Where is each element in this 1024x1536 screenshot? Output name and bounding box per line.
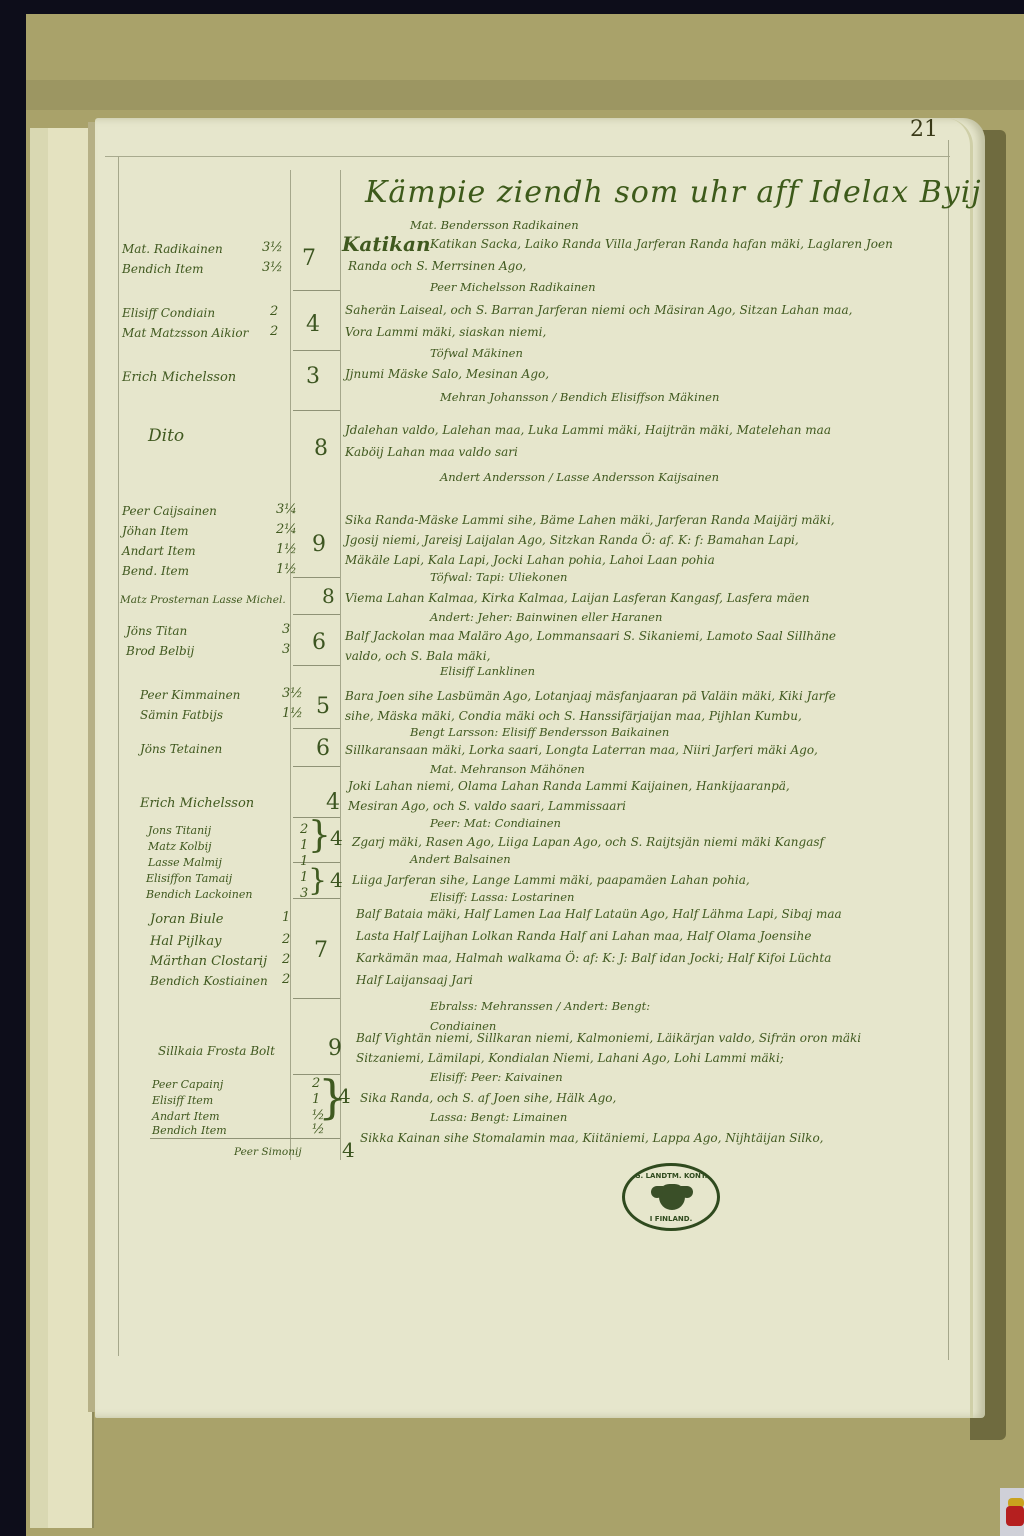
owner-share: 3½ bbox=[262, 240, 283, 255]
owner-name: Hal Pijlkay bbox=[150, 934, 221, 949]
owner-share: 3½ bbox=[282, 686, 303, 701]
owner-share: 3¼ bbox=[276, 502, 297, 517]
description-line: Randa och S. Merrsinen Ago, bbox=[348, 258, 526, 274]
description-line: Sika Randa-Mäske Lammi sihe, Bäme Lahen … bbox=[345, 512, 835, 528]
witness-line: Töfwal Mäkinen bbox=[430, 346, 523, 360]
column-line-share bbox=[290, 170, 291, 1160]
description-line: Jgosij niemi, Jareisj Laijalan Ago, Sitz… bbox=[345, 532, 799, 548]
owner-name: Brod Belbij bbox=[126, 644, 194, 658]
description-line: Katikan Sacka, Laiko Randa Villa Jarfera… bbox=[430, 236, 893, 252]
owner-name: Elisiffon Tamaij bbox=[146, 872, 232, 885]
entry-total: 4 bbox=[306, 312, 320, 337]
witness-line: Elisiff: Lassa: Lostarinen bbox=[430, 890, 574, 904]
owner-name: Jons Titanij bbox=[148, 824, 211, 837]
double-eagle-icon bbox=[659, 1184, 685, 1210]
description-line: Joki Lahan niemi, Olama Lahan Randa Lamm… bbox=[348, 778, 790, 794]
top-rule bbox=[105, 156, 950, 157]
owner-name: Elisiff Condiain bbox=[122, 306, 215, 320]
description-line: Balf Vightän niemi, Sillkaran niemi, Kal… bbox=[356, 1030, 861, 1046]
owner-name: Mat Matzsson Aikior bbox=[122, 326, 248, 340]
owner-share: 1½ bbox=[282, 706, 303, 721]
owner-share: 3 bbox=[282, 622, 290, 637]
red-chip bbox=[1006, 1506, 1024, 1526]
owner-name: Peer Kimmainen bbox=[140, 688, 240, 702]
row-divider bbox=[293, 766, 340, 767]
witness-line: Peer: Mat: Condiainen bbox=[430, 816, 561, 830]
description-line: Saherän Laiseal, och S. Barran Jarferan … bbox=[345, 302, 852, 318]
owner-share: 2 bbox=[282, 972, 290, 987]
owner-name: Bendich Lackoinen bbox=[146, 888, 253, 901]
owner-name: Matz Prosternan Lasse Michel. bbox=[120, 594, 286, 606]
owner-name: Peer Capainj bbox=[152, 1078, 223, 1091]
witness-line: Mehran Johansson / Bendich Elisiffson Mä… bbox=[440, 390, 719, 404]
share-bracket: } bbox=[308, 866, 327, 896]
owner-share: 1 bbox=[282, 910, 290, 925]
owner-name: Jöns Titan bbox=[126, 624, 187, 638]
entry-total: 7 bbox=[302, 246, 316, 271]
stamp-top-text: G. LANDTM. KONT. bbox=[625, 1172, 717, 1180]
entry-total: 4 bbox=[342, 1138, 355, 1162]
row-divider bbox=[293, 290, 340, 291]
witness-line: Bengt Larsson: Elisiff Bendersson Baikai… bbox=[410, 725, 669, 739]
description-line: sihe, Mäska mäki, Condia mäki och S. Han… bbox=[345, 708, 802, 724]
row-divider bbox=[293, 665, 340, 666]
witness-line: Mat. Bendersson Radikainen bbox=[410, 218, 579, 232]
page-heading: Kämpie ziendh som uhr aff Idelax Byij bbox=[365, 175, 982, 210]
owner-name: Sillkaia Frosta Bolt bbox=[158, 1044, 275, 1058]
description-line: Balf Bataia mäki, Half Lamen Laa Half La… bbox=[356, 906, 842, 922]
entry-total: 4 bbox=[330, 868, 343, 892]
row-divider bbox=[293, 410, 340, 411]
row-divider bbox=[293, 998, 340, 999]
description-line: Kaböij Lahan maa valdo sari bbox=[345, 444, 518, 460]
owner-share: 2 bbox=[270, 324, 278, 339]
row-divider bbox=[293, 577, 340, 578]
owner-share: 3½ bbox=[262, 260, 283, 275]
owner-name: Andart Item bbox=[122, 544, 196, 558]
owner-share: ½ bbox=[312, 1122, 325, 1137]
facing-page-inner bbox=[48, 128, 92, 1528]
description-line: Vora Lammi mäki, siaskan niemi, bbox=[345, 324, 546, 340]
owner-name: Matz Kolbij bbox=[148, 840, 212, 853]
entry-total: 5 bbox=[316, 694, 330, 719]
owner-name: Andart Item bbox=[152, 1110, 220, 1123]
owner-share: 2 bbox=[282, 952, 290, 967]
owner-share: 1½ bbox=[276, 542, 297, 557]
entry-total: 6 bbox=[312, 630, 326, 655]
owner-name: Jöns Tetainen bbox=[140, 742, 222, 756]
row-divider bbox=[293, 728, 340, 729]
owner-name: Bendich Kostiainen bbox=[150, 974, 268, 988]
owner-name: Joran Biule bbox=[150, 912, 223, 927]
owner-name: Bend. Item bbox=[122, 564, 189, 578]
description-line: Sika Randa, och S. af Joen sihe, Hälk Ag… bbox=[360, 1090, 616, 1106]
owner-name: Erich Michelsson bbox=[122, 370, 236, 385]
description-line: Lasta Half Laijhan Lolkan Randa Half ani… bbox=[356, 928, 811, 944]
owner-share: 3 bbox=[282, 642, 290, 657]
description-line: Jjnumi Mäske Salo, Mesinan Ago, bbox=[345, 366, 549, 382]
witness-line: Töfwal: Tapi: Uliekonen bbox=[430, 570, 567, 584]
description-line: Jdalehan valdo, Lalehan maa, Luka Lammi … bbox=[345, 422, 831, 438]
description-line: Balf Jackolan maa Maläro Ago, Lommansaar… bbox=[345, 628, 836, 644]
owner-name: Peer Caijsainen bbox=[122, 504, 217, 518]
village-initial: Katikan bbox=[342, 232, 431, 256]
witness-line: Elisiff: Peer: Kaivainen bbox=[430, 1070, 563, 1084]
margin-line-left bbox=[118, 156, 119, 1356]
owner-name: Sämin Fatbijs bbox=[140, 708, 223, 722]
description-line: Mäkäle Lapi, Kala Lapi, Jocki Lahan pohi… bbox=[345, 552, 715, 568]
witness-line: Mat. Mehranson Mähönen bbox=[430, 762, 585, 776]
owner-share: 1½ bbox=[276, 562, 297, 577]
board-shadow bbox=[26, 80, 1024, 110]
row-divider bbox=[293, 614, 340, 615]
entry-total: 8 bbox=[322, 584, 335, 608]
entry-total: 8 bbox=[314, 436, 328, 461]
description-line: Zgarj mäki, Rasen Ago, Liiga Lapan Ago, … bbox=[352, 834, 824, 850]
entry-total: 9 bbox=[312, 532, 326, 557]
entry-total: 4 bbox=[330, 826, 343, 850]
page-curl bbox=[930, 118, 973, 1418]
witness-line: Andert Balsainen bbox=[410, 852, 511, 866]
owner-name: Bendich Item bbox=[152, 1124, 227, 1137]
owner-share: 2¼ bbox=[276, 522, 297, 537]
owner-name: Dito bbox=[148, 426, 184, 446]
owner-name: Erich Michelsson bbox=[140, 796, 254, 811]
description-line: Liiga Jarferan sihe, Lange Lammi mäki, p… bbox=[352, 872, 750, 888]
owner-name: Märthan Clostarij bbox=[150, 954, 267, 969]
description-line: Sikka Kainan sihe Stomalamin maa, Kiitän… bbox=[360, 1130, 823, 1146]
entry-total: 7 bbox=[314, 938, 328, 963]
entry-total: 4 bbox=[338, 1084, 351, 1108]
column-line-total bbox=[340, 170, 341, 1160]
witness-line: Elisiff Lanklinen bbox=[440, 664, 535, 678]
owner-share: 2 bbox=[282, 932, 290, 947]
description-line: Karkämän maa, Halmah walkama Ö: af: K: J… bbox=[356, 950, 831, 966]
color-reference-card bbox=[1000, 1488, 1024, 1536]
description-line: Bara Joen sihe Lasbümän Ago, Lotanjaaj m… bbox=[345, 688, 836, 704]
archive-stamp: G. LANDTM. KONT. I FINLAND. bbox=[622, 1163, 720, 1231]
witness-line: Lassa: Bengt: Limainen bbox=[430, 1110, 567, 1124]
owner-name: Lasse Malmij bbox=[148, 856, 222, 869]
owner-name: Jöhan Item bbox=[122, 524, 189, 538]
description-line: valdo, och S. Bala mäki, bbox=[345, 648, 490, 664]
description-line: Half Laijansaaj Jari bbox=[356, 972, 473, 988]
page-number: 21 bbox=[910, 117, 938, 142]
description-line: Sitzaniemi, Lämilapi, Kondialan Niemi, L… bbox=[356, 1050, 784, 1066]
owner-share: 2 bbox=[270, 304, 278, 319]
entry-total: 9 bbox=[328, 1036, 342, 1061]
owner-name: Elisiff Item bbox=[152, 1094, 213, 1107]
entry-total: 4 bbox=[326, 790, 340, 815]
witness-line: Peer Michelsson Radikainen bbox=[430, 280, 596, 294]
entry-total: 6 bbox=[316, 736, 330, 761]
description-line: Viema Lahan Kalmaa, Kirka Kalmaa, Laijan… bbox=[345, 590, 810, 606]
owner-name: Mat. Radikainen bbox=[122, 242, 223, 256]
witness-line: Andert Andersson / Lasse Andersson Kaijs… bbox=[440, 470, 719, 484]
stamp-bottom-text: I FINLAND. bbox=[625, 1215, 717, 1223]
witness-line: Andert: Jeher: Bainwinen eller Haranen bbox=[430, 610, 662, 624]
row-divider bbox=[293, 350, 340, 351]
owner-name: Peer Simonij bbox=[234, 1146, 302, 1158]
description-line: Mesiran Ago, och S. valdo saari, Lammiss… bbox=[348, 798, 626, 814]
description-line: Sillkaransaan mäki, Lorka saari, Longta … bbox=[345, 742, 818, 758]
entry-total: 3 bbox=[306, 364, 320, 389]
share-bracket: } bbox=[308, 818, 331, 854]
margin-line-right bbox=[948, 140, 949, 1360]
row-divider bbox=[150, 1138, 340, 1139]
owner-name: Bendich Item bbox=[122, 262, 203, 276]
